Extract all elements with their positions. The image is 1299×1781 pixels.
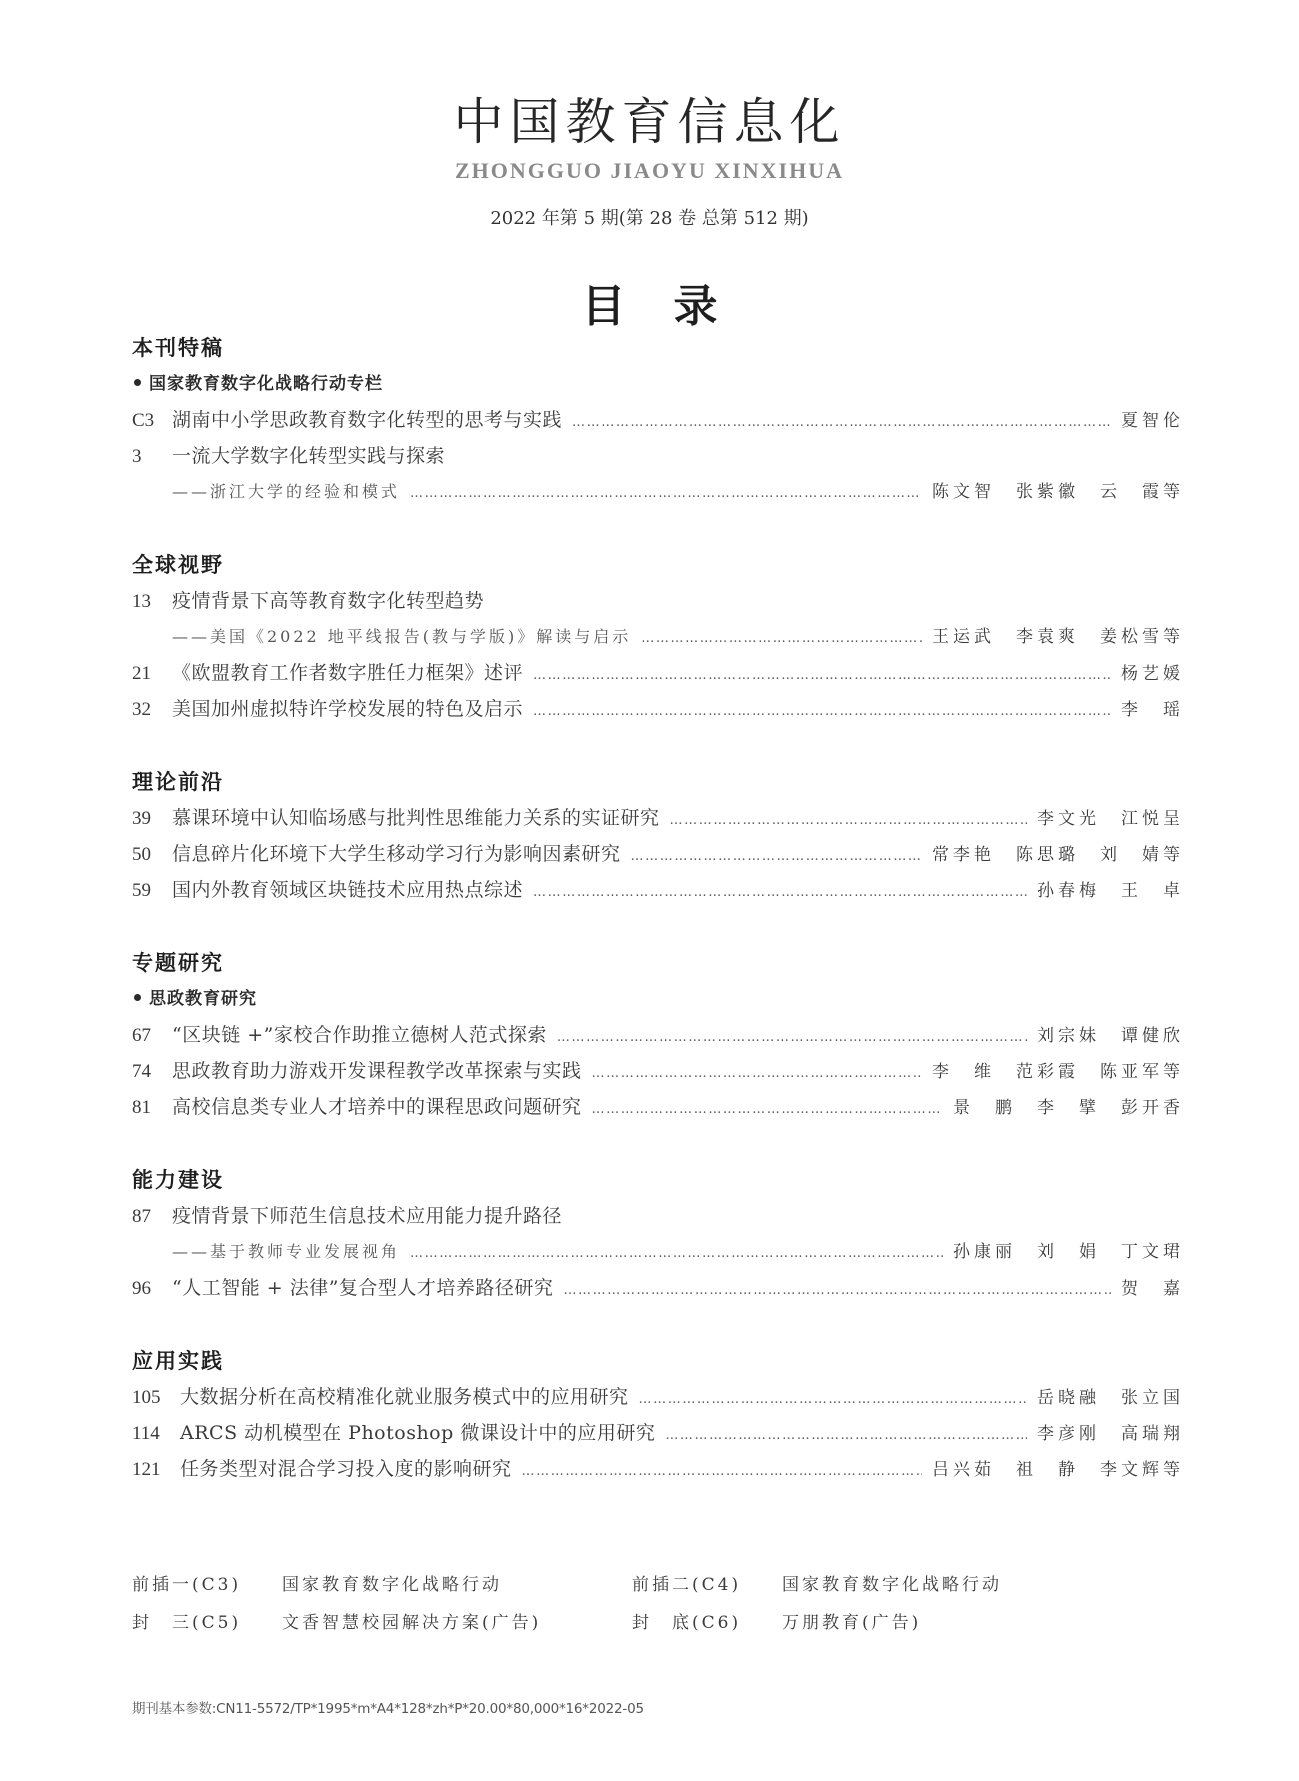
page-number: 32 xyxy=(132,692,172,728)
insert-content: 国家教育数字化战略行动 xyxy=(782,1566,1002,1604)
article-title: 美国加州虚拟特许学校发展的特色及启示 xyxy=(172,691,523,727)
dot-leader xyxy=(533,875,1027,911)
dot-leader xyxy=(557,1020,1027,1056)
article-title: 一流大学数字化转型实践与探索 xyxy=(172,438,445,474)
page-number: 114 xyxy=(132,1416,180,1452)
article-title: 慕课环境中认知临场感与批判性思维能力关系的实证研究 xyxy=(172,800,660,836)
toc-entry[interactable]: C3 湖南中小学思政教育数字化转型的思考与实践 夏智伦 xyxy=(132,402,1184,438)
insert-item: 封 三(C5) 文香智慧校园解决方案(广告) xyxy=(132,1604,632,1642)
article-authors: 李彦刚 高瑞翔 xyxy=(1037,1416,1184,1452)
dot-leader xyxy=(410,1236,943,1272)
insert-content: 万朋教育(广告) xyxy=(782,1604,921,1642)
page-number: 3 xyxy=(132,439,172,475)
article-title: 疫情背景下师范生信息技术应用能力提升路径 xyxy=(172,1198,562,1234)
journal-parameters: 期刊基本参数:CN11-5572/TP*1995*m*A4*128*zh*P*2… xyxy=(132,1697,644,1717)
dot-leader xyxy=(631,839,922,875)
article-authors: 吕兴茹 祖 静 李文辉等 xyxy=(932,1452,1184,1488)
inserts-list: 前插一(C3) 国家教育数字化战略行动 前插二(C4) 国家教育数字化战略行动 … xyxy=(132,1566,1132,1642)
article-authors: 孙康丽 刘 娟 丁文珺 xyxy=(953,1234,1184,1270)
column-heading-label: 思政教育研究 xyxy=(149,989,257,1009)
insert-item: 前插二(C4) 国家教育数字化战略行动 xyxy=(632,1566,1132,1604)
dot-leader xyxy=(592,1092,943,1128)
page-number: 74 xyxy=(132,1054,172,1090)
insert-item: 前插一(C3) 国家教育数字化战略行动 xyxy=(132,1566,632,1604)
section-heading: 专题研究 xyxy=(132,945,1184,981)
article-authors: 李 瑶 xyxy=(1121,692,1184,728)
insert-label: 前插一(C3) xyxy=(132,1566,282,1604)
dot-leader xyxy=(641,621,922,657)
article-authors: 刘宗妹 谭健欣 xyxy=(1037,1018,1184,1054)
article-title: “区块链 +”家校合作助推立德树人范式探索 xyxy=(172,1017,547,1053)
page-number: 21 xyxy=(132,656,172,692)
bullet-icon xyxy=(134,994,141,1001)
inserts-row: 前插一(C3) 国家教育数字化战略行动 前插二(C4) 国家教育数字化战略行动 xyxy=(132,1566,1132,1604)
article-title: 湖南中小学思政教育数字化转型的思考与实践 xyxy=(172,402,562,438)
dot-leader xyxy=(572,405,1111,441)
toc-entry[interactable]: 121 任务类型对混合学习投入度的影响研究 吕兴茹 祖 静 李文辉等 xyxy=(132,1451,1184,1487)
dot-leader xyxy=(639,1382,1027,1418)
toc-entry[interactable]: 21 《欧盟教育工作者数字胜任力框架》述评 杨艺媛 xyxy=(132,655,1184,691)
article-title: 《欧盟教育工作者数字胜任力框架》述评 xyxy=(172,655,523,691)
insert-content: 国家教育数字化战略行动 xyxy=(282,1566,502,1604)
article-authors: 李文光 江悦呈 xyxy=(1037,801,1184,837)
article-subtitle: ——美国《2022 地平线报告(教与学版)》解读与启示 xyxy=(172,619,631,655)
article-authors: 杨艺媛 xyxy=(1121,656,1184,692)
bullet-icon xyxy=(134,379,141,386)
dot-leader xyxy=(522,1454,922,1490)
toc-title: 目录 xyxy=(0,270,1299,334)
dot-leader xyxy=(665,1418,1027,1454)
toc-entry[interactable]: 74 思政教育助力游戏开发课程教学改革探索与实践 李 维 范彩霞 陈亚军等 xyxy=(132,1053,1184,1089)
section-heading: 本刊特稿 xyxy=(132,330,1184,366)
column-heading: 国家教育数字化战略行动专栏 xyxy=(132,366,1184,402)
page-number: 13 xyxy=(132,584,172,620)
article-authors: 夏智伦 xyxy=(1121,403,1184,439)
toc-entry[interactable]: 67 “区块链 +”家校合作助推立德树人范式探索 刘宗妹 谭健欣 xyxy=(132,1017,1184,1053)
insert-content: 文香智慧校园解决方案(广告) xyxy=(282,1604,541,1642)
toc-entry[interactable]: 50 信息碎片化环境下大学生移动学习行为影响因素研究 常李艳 陈思璐 刘 婧等 xyxy=(132,836,1184,872)
toc-section: 理论前沿 39 慕课环境中认知临场感与批判性思维能力关系的实证研究 李文光 江悦… xyxy=(132,764,1184,908)
article-title: ARCS 动机模型在 Photoshop 微课设计中的应用研究 xyxy=(180,1415,655,1451)
article-title: “人工智能 + 法律”复合型人才培养路径研究 xyxy=(172,1270,553,1306)
section-heading: 全球视野 xyxy=(132,547,1184,583)
page-number: 50 xyxy=(132,837,172,873)
article-title: 思政教育助力游戏开发课程教学改革探索与实践 xyxy=(172,1053,582,1089)
toc-entry[interactable]: 114 ARCS 动机模型在 Photoshop 微课设计中的应用研究 李彦刚 … xyxy=(132,1415,1184,1451)
insert-label: 前插二(C4) xyxy=(632,1566,782,1604)
toc-section: 全球视野 13 疫情背景下高等教育数字化转型趋势 ——美国《2022 地平线报告… xyxy=(132,547,1184,727)
article-title: 疫情背景下高等教育数字化转型趋势 xyxy=(172,583,484,619)
article-authors: 贺 嘉 xyxy=(1121,1271,1184,1307)
article-authors: 李 维 范彩霞 陈亚军等 xyxy=(932,1054,1184,1090)
insert-item: 封 底(C6) 万朋教育(广告) xyxy=(632,1604,1132,1642)
toc-entry[interactable]: 32 美国加州虚拟特许学校发展的特色及启示 李 瑶 xyxy=(132,691,1184,727)
toc-entry[interactable]: 3 一流大学数字化转型实践与探索 xyxy=(132,438,1184,474)
insert-label: 封 三(C5) xyxy=(132,1604,282,1642)
page-number: 59 xyxy=(132,873,172,909)
article-authors: 陈文智 张紫徽 云 霞等 xyxy=(932,474,1184,510)
page-number: 121 xyxy=(132,1452,180,1488)
page-number: 67 xyxy=(132,1018,172,1054)
page-number: 39 xyxy=(132,801,172,837)
journal-title-pinyin: ZHONGGUO JIAOYU XINXIHUA xyxy=(0,158,1299,184)
insert-label: 封 底(C6) xyxy=(632,1604,782,1642)
issue-info: 2022 年第 5 期(第 28 卷 总第 512 期) xyxy=(0,204,1299,230)
section-heading: 理论前沿 xyxy=(132,764,1184,800)
toc-entry-subtitle[interactable]: ——浙江大学的经验和模式 陈文智 张紫徽 云 霞等 xyxy=(132,474,1184,510)
column-heading: 思政教育研究 xyxy=(132,981,1184,1017)
toc-entry[interactable]: 13 疫情背景下高等教育数字化转型趋势 xyxy=(132,583,1184,619)
dot-leader xyxy=(410,476,922,512)
article-authors: 孙春梅 王 卓 xyxy=(1037,873,1184,909)
toc-entry[interactable]: 59 国内外教育领域区块链技术应用热点综述 孙春梅 王 卓 xyxy=(132,872,1184,908)
page-number: 105 xyxy=(132,1380,180,1416)
article-subtitle: ——浙江大学的经验和模式 xyxy=(172,474,400,510)
article-authors: 王运武 李袁爽 姜松雪等 xyxy=(932,619,1184,655)
page-number: 87 xyxy=(132,1199,172,1235)
article-authors: 常李艳 陈思璐 刘 婧等 xyxy=(932,837,1184,873)
section-heading: 应用实践 xyxy=(132,1343,1184,1379)
toc-entry[interactable]: 81 高校信息类专业人才培养中的课程思政问题研究 景 鹏 李 擘 彭开香 xyxy=(132,1089,1184,1125)
page-number: 96 xyxy=(132,1271,172,1307)
article-subtitle: ——基于教师专业发展视角 xyxy=(172,1234,400,1270)
dot-leader xyxy=(670,803,1027,839)
toc-entry[interactable]: 96 “人工智能 + 法律”复合型人才培养路径研究 贺 嘉 xyxy=(132,1270,1184,1306)
toc-section: 本刊特稿 国家教育数字化战略行动专栏 C3 湖南中小学思政教育数字化转型的思考与… xyxy=(132,330,1184,510)
article-title: 高校信息类专业人才培养中的课程思政问题研究 xyxy=(172,1089,582,1125)
dot-leader xyxy=(533,694,1111,730)
toc-entry[interactable]: 105 大数据分析在高校精准化就业服务模式中的应用研究 岳晓融 张立国 xyxy=(132,1379,1184,1415)
article-title: 信息碎片化环境下大学生移动学习行为影响因素研究 xyxy=(172,836,621,872)
toc-entry-subtitle[interactable]: ——基于教师专业发展视角 孙康丽 刘 娟 丁文珺 xyxy=(132,1234,1184,1270)
page-number: 81 xyxy=(132,1090,172,1126)
toc-entry-subtitle[interactable]: ——美国《2022 地平线报告(教与学版)》解读与启示 王运武 李袁爽 姜松雪等 xyxy=(132,619,1184,655)
article-authors: 景 鹏 李 擘 彭开香 xyxy=(953,1090,1184,1126)
page-number: C3 xyxy=(132,403,172,439)
inserts-row: 封 三(C5) 文香智慧校园解决方案(广告) 封 底(C6) 万朋教育(广告) xyxy=(132,1604,1132,1642)
toc-section: 应用实践 105 大数据分析在高校精准化就业服务模式中的应用研究 岳晓融 张立国… xyxy=(132,1343,1184,1487)
article-title: 大数据分析在高校精准化就业服务模式中的应用研究 xyxy=(180,1379,629,1415)
article-title: 任务类型对混合学习投入度的影响研究 xyxy=(180,1451,512,1487)
article-title: 国内外教育领域区块链技术应用热点综述 xyxy=(172,872,523,908)
journal-title: 中国教育信息化 xyxy=(0,82,1299,154)
toc-entry[interactable]: 87 疫情背景下师范生信息技术应用能力提升路径 xyxy=(132,1198,1184,1234)
toc-entry[interactable]: 39 慕课环境中认知临场感与批判性思维能力关系的实证研究 李文光 江悦呈 xyxy=(132,800,1184,836)
article-authors: 岳晓融 张立国 xyxy=(1037,1380,1184,1416)
dot-leader xyxy=(592,1056,922,1092)
section-heading: 能力建设 xyxy=(132,1162,1184,1198)
column-heading-label: 国家教育数字化战略行动专栏 xyxy=(149,374,383,394)
dot-leader xyxy=(533,658,1111,694)
toc-section: 能力建设 87 疫情背景下师范生信息技术应用能力提升路径 ——基于教师专业发展视… xyxy=(132,1162,1184,1306)
dot-leader xyxy=(563,1273,1111,1309)
toc-section: 专题研究 思政教育研究 67 “区块链 +”家校合作助推立德树人范式探索 刘宗妹… xyxy=(132,945,1184,1125)
table-of-contents: 本刊特稿 国家教育数字化战略行动专栏 C3 湖南中小学思政教育数字化转型的思考与… xyxy=(132,330,1184,1524)
